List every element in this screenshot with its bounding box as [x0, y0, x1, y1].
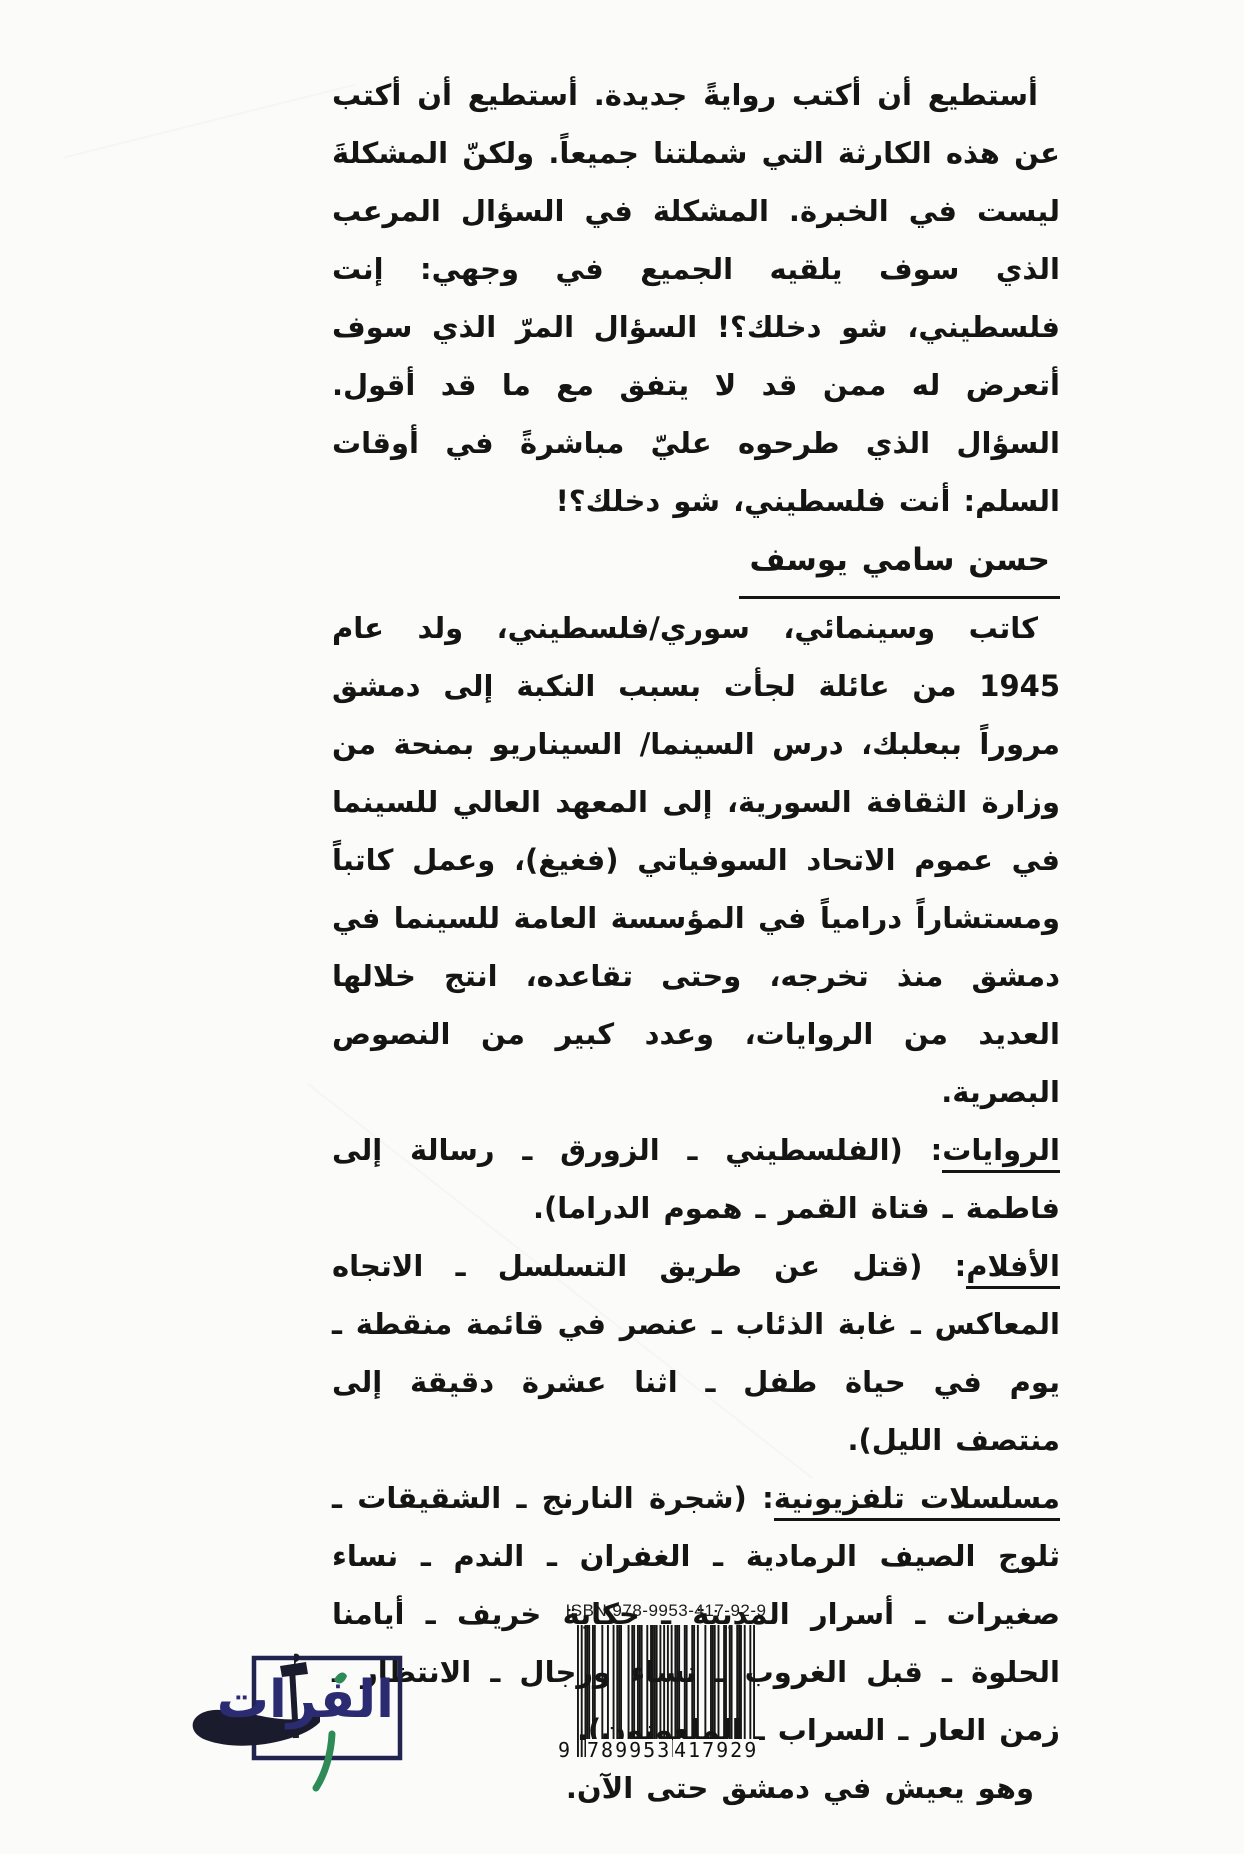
barcode-digit-group: 417929	[673, 1739, 759, 1761]
novels-section: الروايات: (الفلسطيني ـ الزورق ـ رسالة إل…	[332, 1121, 1060, 1237]
films-label: الأفلام	[966, 1249, 1060, 1289]
barcode-digit-group: 9	[557, 1739, 573, 1761]
novels-label: الروايات	[942, 1133, 1060, 1173]
author-name-heading: حسن سامي يوسف	[332, 530, 1060, 599]
closing-line: وهو يعيش في دمشق حتى الآن.	[332, 1759, 1060, 1817]
isbn-label: ISBN 978-9953-417-92-9	[566, 1601, 767, 1621]
excerpt-paragraph: أستطيع أن أكتب روايةً جديدة. أستطيع أن أ…	[332, 66, 1060, 530]
book-back-cover: أستطيع أن أكتب روايةً جديدة. أستطيع أن أ…	[0, 0, 1244, 1854]
films-list: : (قتل عن طريق التسلسل ـ الاتجاه المعاكس…	[332, 1249, 1060, 1457]
back-cover-text-column: أستطيع أن أكتب روايةً جديدة. أستطيع أن أ…	[332, 66, 1060, 1817]
films-section: الأفلام: (قتل عن طريق التسلسل ـ الاتجاه …	[332, 1237, 1060, 1469]
author-bio-paragraph: كاتب وسينمائي، سوري/فلسطيني، ولد عام 194…	[332, 599, 1060, 1121]
tv-series-label: مسلسلات تلفزيونية	[774, 1481, 1060, 1521]
publisher-logo: الفرات	[182, 1642, 412, 1802]
scan-crease	[64, 84, 356, 159]
isbn-barcode-block: ISBN 978-9953-417-92-9 9789953417929	[577, 1625, 755, 1757]
author-name-underlined: حسن سامي يوسف	[739, 530, 1060, 599]
publisher-name-text: الفرات	[244, 1670, 394, 1730]
barcode-digit-group: 789953	[586, 1739, 672, 1761]
